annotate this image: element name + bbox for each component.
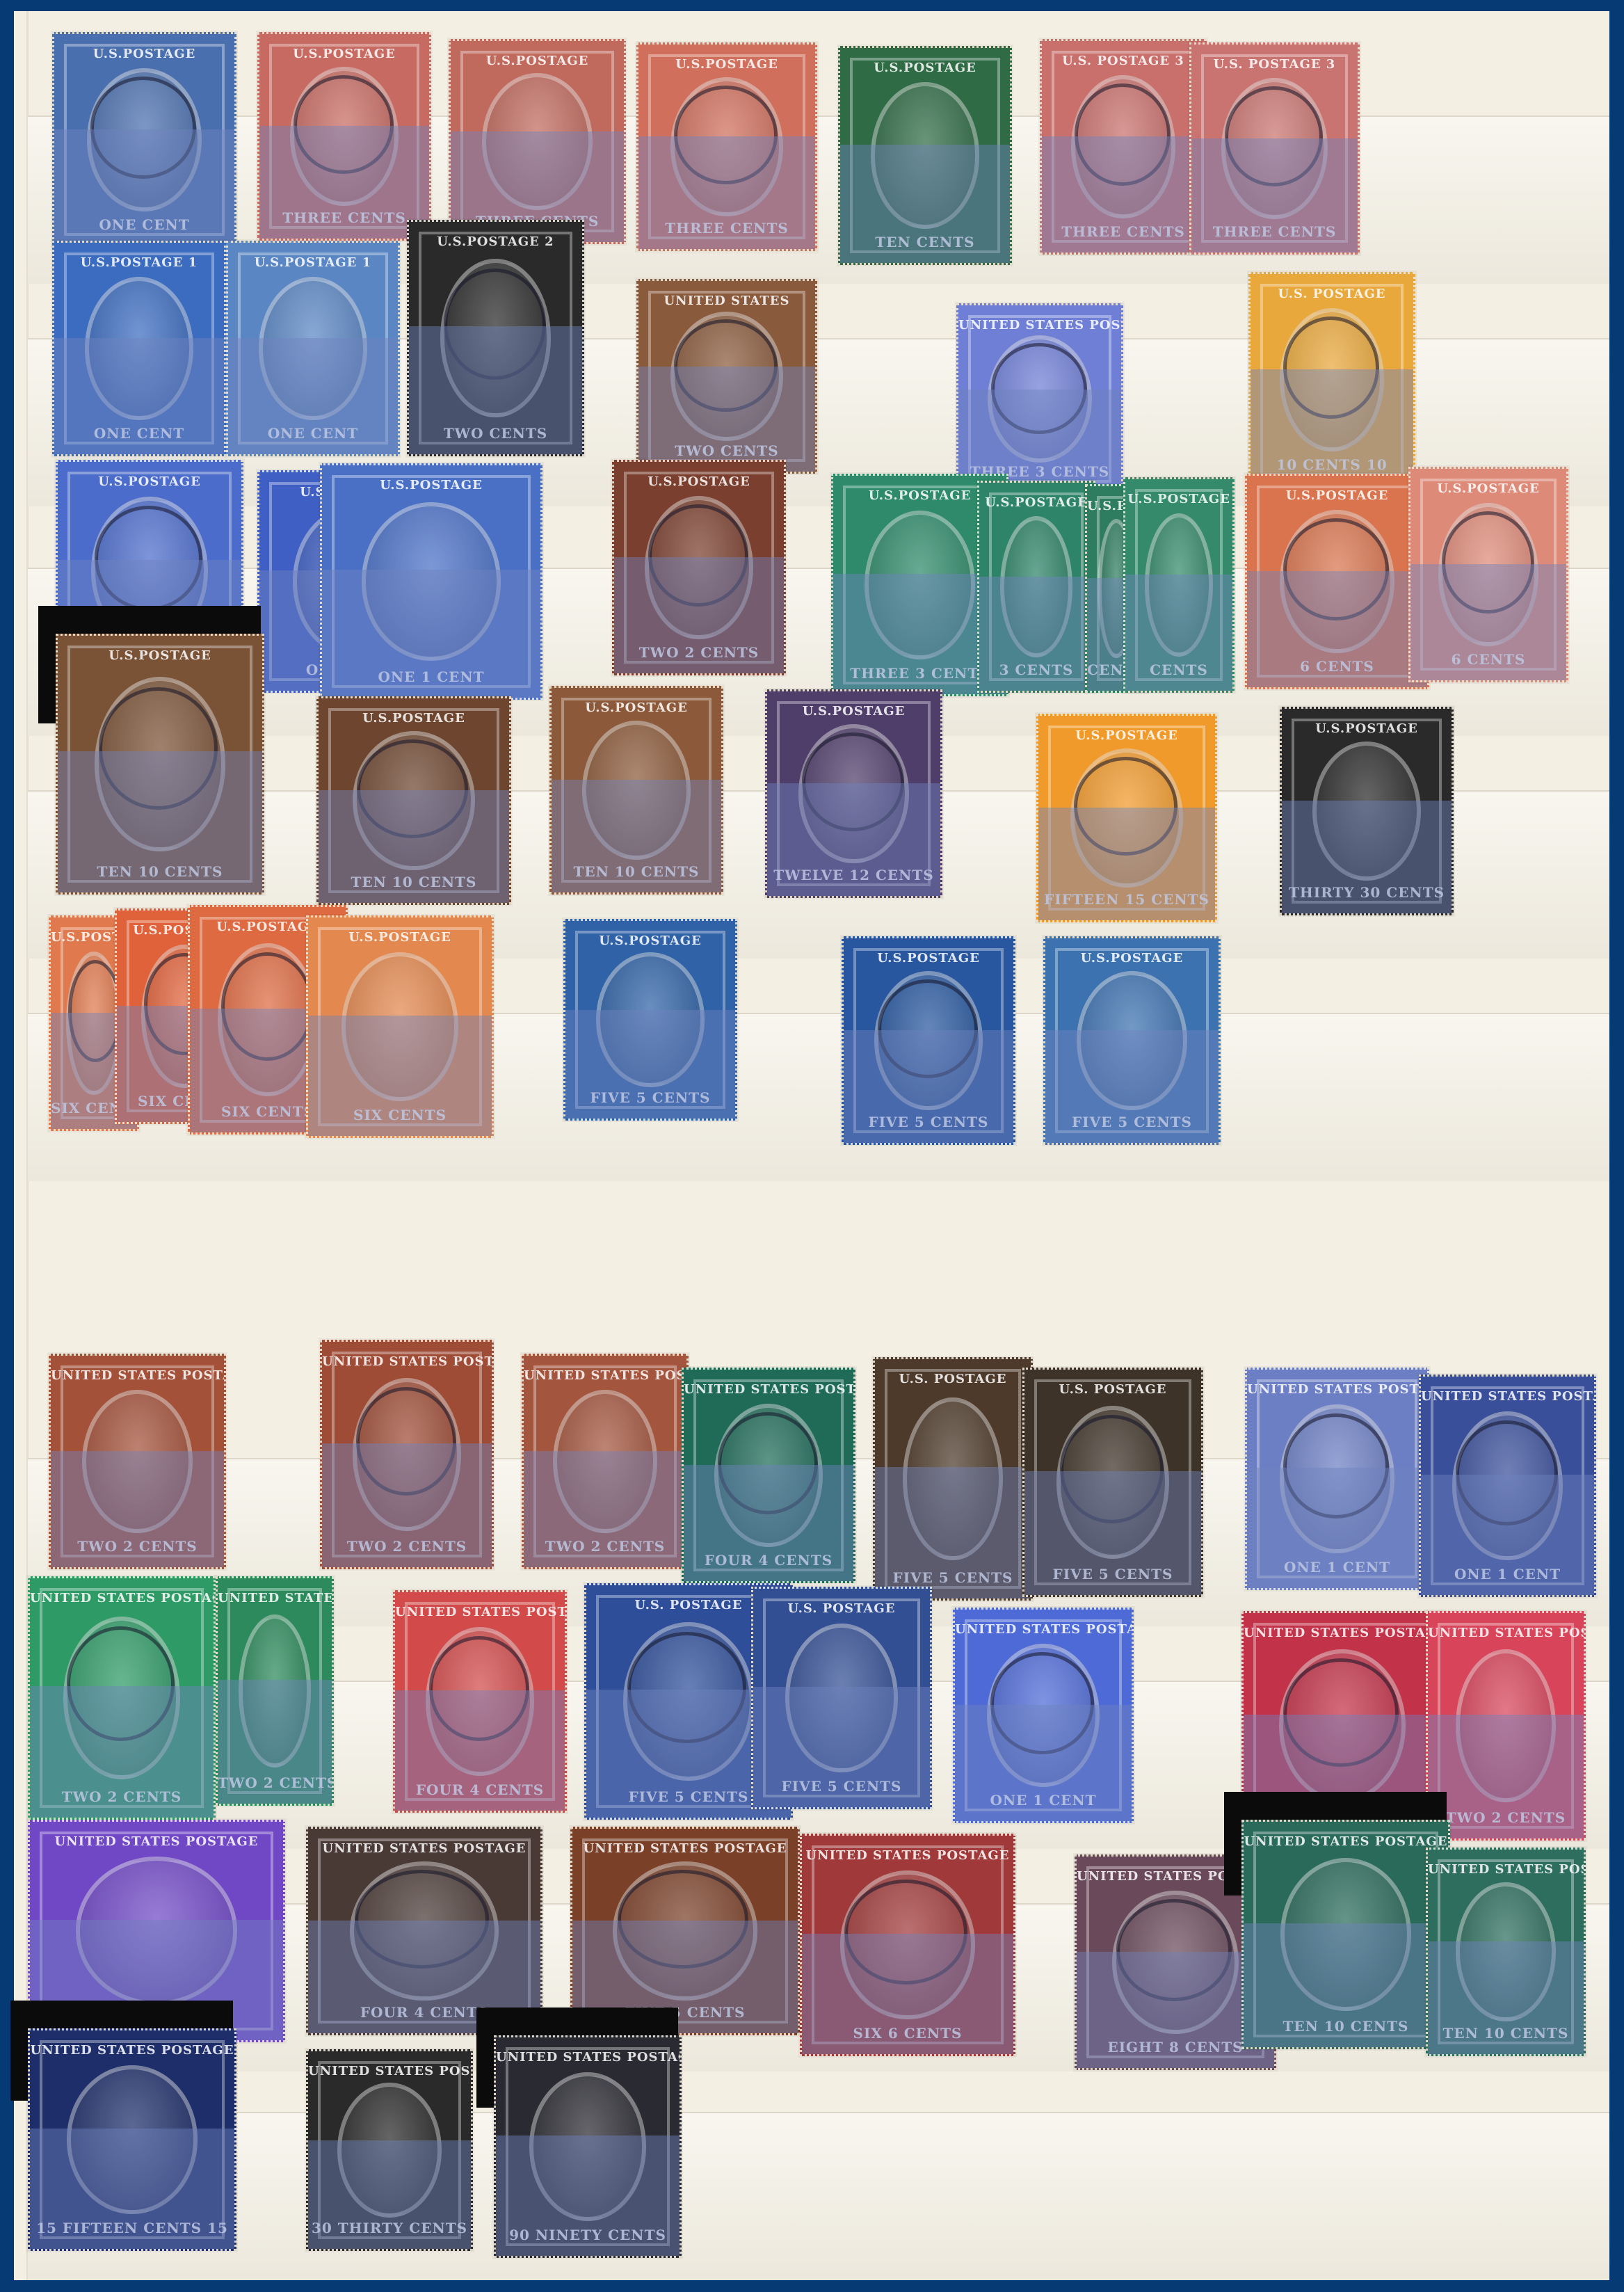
glassine-overlay (684, 1465, 853, 1581)
stamp: U.S.POSTAGETWELVE 12 CENTS (765, 689, 942, 898)
stamp-top-legend: U.S.POSTAGE 2 (409, 234, 582, 249)
stamp: U.S.POSTAGETEN 10 CENTS (549, 686, 723, 895)
glassine-overlay (51, 1451, 224, 1567)
stamp: U.S.POSTAGESIX CENTS (306, 915, 494, 1138)
stamp: U.S.POSTAGETHIRTY 30 CENTS (1280, 707, 1454, 915)
stamp: U.S.POSTAGE6 CENTS (1408, 467, 1568, 682)
glassine-overlay (1038, 808, 1215, 920)
stamp: UNITED STATES POSTAGEONE 1 CENT (1245, 1368, 1429, 1590)
glassine-overlay (308, 2140, 471, 2249)
glassine-overlay (1247, 1468, 1427, 1588)
glassine-overlay (1247, 571, 1427, 687)
glassine-overlay (844, 1030, 1013, 1143)
stockbook-page: U.S.POSTAGEONE CENTU.S.POSTAGETHREE CENT… (14, 11, 1609, 2280)
glassine-overlay (955, 1705, 1132, 1821)
stamp-top-legend: U.S.POSTAGE (54, 47, 234, 61)
stamp-top-legend: U.S. POSTAGE 3 (1042, 54, 1205, 68)
stamp: UNITED STATES POSTAGEFOUR 4 CENTS (306, 1827, 542, 2035)
stamp-top-legend: U.S.POSTAGE (322, 478, 540, 492)
stamp-top-legend: U.S.POSTAGE (451, 54, 624, 68)
stamp-top-legend: U.S.POSTAGE (767, 704, 940, 719)
stamp: UNITED STATES POSTAGESIX 6 CENTS (800, 1834, 1015, 2056)
stamp-top-legend: U.S.POSTAGE (552, 700, 721, 715)
glassine-overlay (552, 780, 721, 892)
stamp: UNITED STATES POSTAGETWO 2 CENTS (522, 1354, 689, 1569)
stamp-top-legend: U.S.POSTAGE (1125, 492, 1232, 506)
glassine-overlay (319, 790, 509, 903)
stamp: UNITED STATES POSTAGE90 NINETY CENTS (494, 2035, 682, 2258)
glassine-overlay (753, 1687, 930, 1807)
stamp-top-legend: UNITED STATES POSTAGE (1428, 1626, 1584, 1640)
stamp-top-legend: UNITED STATES POSTAGE (322, 1354, 492, 1369)
glassine-overlay (565, 1010, 735, 1119)
stamp: U.S. POSTAGE 3THREE CENTS (1189, 42, 1360, 255)
glassine-overlay (1191, 138, 1358, 253)
stamp: U.S.POSTAGE 1ONE CENT (52, 241, 226, 456)
stamp: UNITED STATES POSTAGEFOUR 4 CENTS (393, 1590, 567, 1813)
glassine-overlay (322, 570, 540, 698)
glassine-overlay (395, 1690, 565, 1811)
stamp: U.S.POSTAGEFIVE 5 CENTS (1043, 936, 1221, 1145)
stamp: U.S.POSTAGETEN 10 CENTS (56, 634, 264, 895)
glassine-overlay (228, 338, 398, 454)
stamp-top-legend: UNITED STATES POSTAGE (1247, 1382, 1427, 1397)
stamp: U.S.POSTAGEONE CENT (52, 32, 236, 248)
stamp-top-legend: UNITED STATES POSTAGE (524, 1368, 686, 1383)
glassine-overlay (54, 129, 234, 246)
stamp-top-legend: U.S.POSTAGE (1247, 488, 1427, 503)
stamp-top-legend: U.S. POSTAGE 3 (1191, 57, 1358, 72)
stamp-top-legend: UNITED STATES POSTAGE (1421, 1389, 1594, 1404)
stamp-top-legend: UNITED STATES POSTAGE (1428, 1862, 1584, 1877)
stamp-top-legend: U.S.POSTAGE (1282, 721, 1452, 736)
stamp-top-legend: U.S.POSTAGE (319, 711, 509, 726)
glassine-overlay (308, 1016, 492, 1136)
stamp: U.S.POSTAGEONE 1 CENT (320, 463, 542, 700)
stamp: UNITED STATES POSTAGEONE 1 CENT (1419, 1375, 1596, 1597)
glassine-overlay (614, 557, 784, 673)
stamp: UNITED STATES POSTAGE30 THIRTY CENTS (306, 2049, 473, 2251)
stamp: U.S. POSTAGEFIVE 5 CENTS (751, 1587, 932, 1809)
stamp-top-legend: U.S.POSTAGE (58, 474, 241, 489)
stamp: UNITED STATES POSTAGETWO 2 CENTS (1426, 1611, 1586, 1841)
glassine-overlay (1125, 575, 1232, 691)
stamp-top-legend: U.S.POSTAGE (259, 47, 429, 61)
glassine-overlay (638, 136, 815, 249)
glassine-strip (28, 2112, 1609, 2280)
glassine-overlay (524, 1451, 686, 1567)
glassine-overlay (58, 751, 262, 892)
glassine-overlay (1428, 1941, 1584, 2054)
stamp-top-legend: U.S. POSTAGE (875, 1372, 1031, 1386)
glassine-overlay (1244, 1923, 1448, 2047)
glassine-overlay (1045, 1030, 1219, 1143)
glassine-overlay (1251, 369, 1413, 486)
glassine-overlay (1428, 1715, 1584, 1838)
stamp-top-legend: UNITED STATES POSTAGE (1244, 1626, 1441, 1640)
stamp: U.S.POSTAGE6 CENTS (1245, 474, 1429, 689)
stamp: U.S.POSTAGETHREE CENTS (257, 32, 431, 241)
glassine-overlay (767, 783, 940, 896)
stamp-top-legend: U.S. POSTAGE (1024, 1382, 1201, 1397)
stamp-top-legend: U.S.POSTAGE (565, 933, 735, 948)
stamp-top-legend: U.S.POSTAGE (1045, 951, 1219, 965)
stamp: UNITED STATES POSTAGEFOUR 4 CENTS (682, 1368, 855, 1583)
stamp-top-legend: U.S.POSTAGE (844, 951, 1013, 965)
stamp-top-legend: UNITED STATES POSTAGE (955, 1622, 1132, 1637)
stamp-top-legend: UNITED STATES POSTAGE (496, 2050, 680, 2065)
glassine-overlay (1421, 1475, 1594, 1595)
stamp: U.S.POSTAGETHREE CENTS (636, 42, 817, 251)
stamp: UNITED STATESTWO CENTS (636, 279, 817, 474)
stamp: U.S. POSTAGEFIVE 5 CENTS (1022, 1368, 1203, 1597)
stamp-top-legend: U.S.POSTAGE (308, 930, 492, 945)
stamp: UNITED STATES POSTAGETWO 2 CENTS (320, 1340, 494, 1569)
stamp: UNITED STATES POSTAGETWO 2 CENTS (216, 1576, 334, 1806)
stamp-top-legend: U.S. POSTAGE (1251, 287, 1413, 301)
stamp: U.S. POSTAGE 3THREE CENTS (1040, 39, 1207, 255)
stamp-top-legend: UNITED STATES POSTAGE (51, 1368, 224, 1383)
stamp-top-legend: UNITED STATES POSTAGE (958, 318, 1121, 332)
stamp-top-legend: U.S.POSTAGE (638, 57, 815, 72)
stamp-top-legend: U.S. POSTAGE (753, 1601, 930, 1616)
stamp-top-legend: UNITED STATES POSTAGE (30, 1591, 214, 1605)
stamp-top-legend: UNITED STATES POSTAGE (684, 1382, 853, 1397)
stamp-top-legend: UNITED STATES POSTAGE (308, 2064, 471, 2078)
stamp: U.S.POSTAGEFIFTEEN 15 CENTS (1036, 714, 1217, 922)
stamp: UNITED STATES POSTAGEFIVE 5 CENTS (570, 1827, 800, 2035)
glassine-overlay (875, 1467, 1031, 1598)
glassine-overlay (54, 338, 224, 454)
stamp: U.S.POSTAGE 1ONE CENT (226, 241, 400, 456)
stamp: U.S.POSTAGEFIVE 5 CENTS (563, 919, 737, 1121)
stamp-top-legend: UNITED STATES POSTAGE (802, 1848, 1013, 1863)
stamp-top-legend: UNITED STATES POSTAGE (30, 2043, 234, 2058)
stamp-top-legend: U.S.POSTAGE (58, 648, 262, 663)
glassine-overlay (802, 1934, 1013, 2054)
glassine-overlay (840, 145, 1010, 263)
stamp-top-legend: U.S.POSTAGE (840, 61, 1010, 75)
stamp-top-legend: UNITED STATES POSTAGE (30, 1834, 283, 1849)
stamp-top-legend: UNITED STATES POSTAGE (572, 1841, 798, 1856)
glassine-overlay (1024, 1471, 1201, 1595)
glassine-overlay (30, 1686, 214, 1818)
glassine-overlay (30, 2129, 234, 2249)
glassine-overlay (1410, 564, 1566, 680)
glassine-overlay (322, 1443, 492, 1567)
stamp: U.S.POSTAGETWO 2 CENTS (612, 460, 786, 675)
stamp-top-legend: UNITED STATES POSTAGE (308, 1841, 540, 1856)
stamp-top-legend: U.S.POSTAGE 1 (228, 255, 398, 270)
stamp: U.S.POSTAGETEN 10 CENTS (316, 696, 511, 905)
stamp-top-legend: UNITED STATES POSTAGE (1244, 1834, 1448, 1849)
stamp-top-legend: U.S.POSTAGE (979, 495, 1093, 510)
stamp-top-legend: UNITED STATES POSTAGE (395, 1605, 565, 1619)
stamp-top-legend: UNITED STATES POSTAGE (218, 1591, 332, 1605)
stamp: U.S.POSTAGECENTS (1123, 477, 1235, 693)
stamp-top-legend: U.S.POSTAGE (614, 474, 784, 489)
glassine-overlay (409, 326, 582, 454)
stamp: UNITED STATES POSTAGEONE 1 CENT (953, 1608, 1134, 1823)
stamp: U.S. POSTAGE10 CENTS 10 (1248, 272, 1415, 488)
stamp-top-legend: U.S.POSTAGE (1410, 481, 1566, 496)
glassine-overlay (979, 577, 1093, 691)
stamp-top-legend: UNITED STATES (638, 294, 815, 308)
stamp: UNITED STATES POSTAGETWO 2 CENTS (28, 1576, 216, 1820)
glassine-overlay (1282, 801, 1452, 913)
stamp: UNITED STATES POSTAGETHREE 3 CENTS (956, 303, 1123, 495)
stamp: UNITED STATES POSTAGETWO 2 CENTS (49, 1354, 226, 1569)
stamp: UNITED STATES POSTAGE15 FIFTEEN CENTS 15 (28, 2028, 236, 2251)
stamp: U.S.POSTAGETHREE CENTS (449, 39, 626, 244)
stamp: U.S.POSTAGEFIVE 5 CENTS (842, 936, 1015, 1145)
stamp: UNITED STATES POSTAGETEN 10 CENTS (1241, 1820, 1450, 2049)
glassine-overlay (259, 126, 429, 239)
glassine-overlay (496, 2135, 680, 2256)
glassine-overlay (638, 367, 815, 472)
stamp: UNITED STATES POSTAGETEN 10 CENTS (1426, 1848, 1586, 2056)
stamp: U.S. POSTAGEFIVE 5 CENTS (873, 1357, 1033, 1601)
stamp: U.S.POSTAGE 2TWO CENTS (407, 220, 584, 456)
stamp: U.S.POSTAGETEN CENTS (838, 46, 1012, 265)
stamp-top-legend: U.S.POSTAGE (1038, 728, 1215, 743)
glassine-overlay (218, 1680, 332, 1804)
stamp: U.S.POSTAGE3 CENTS (977, 481, 1095, 693)
stamp-top-legend: U.S.POSTAGE 1 (54, 255, 224, 270)
glassine-overlay (1042, 136, 1205, 253)
